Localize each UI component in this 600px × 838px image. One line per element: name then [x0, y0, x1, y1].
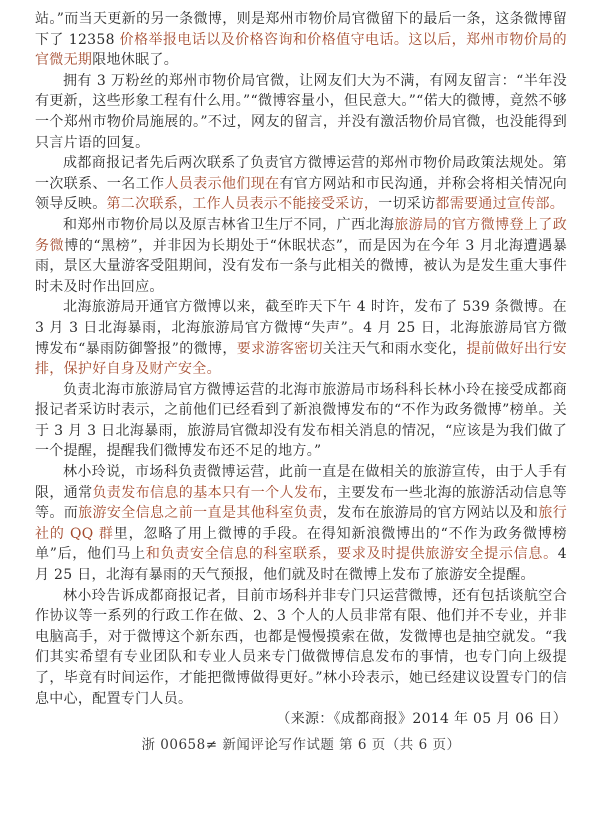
text-segment: 和郑州市物价局以及原吉林省卫生厅不同，广西北海 [63, 217, 394, 233]
source-attribution: （来源：《成都商报》2014 年 05 月 06 日） [35, 709, 567, 730]
page-footer: 浙 00658≠ 新闻评论写作试题 第 6 页（共 6 页） [35, 736, 567, 754]
document-paragraph: 负责北海市旅游局官方微博运营的北海市旅游局市场科科长林小玲在接受成都商报记者采访… [35, 380, 567, 462]
document-paragraph: 拥有 3 万粉丝的郑州市物价局官微，让网友们大为不满，有网友留言：“半年没有更新… [35, 71, 567, 153]
document-paragraph: 站。”而当天更新的另一条微博，则是郑州市物价局官微留下的最后一条，这条微博留下了… [35, 9, 567, 71]
text-segment: 关注天气和雨水变化， [323, 341, 467, 357]
highlighted-text-segment: 旅游安全信息之前一直是其他科室负责 [78, 505, 322, 521]
article-body: 站。”而当天更新的另一条微博，则是郑州市物价局官微留下的最后一条，这条微博留下了… [35, 9, 567, 709]
document-paragraph: 林小玲告诉成都商报记者，目前市场科并非专门只运营微博，还有包括谈航空合作协议等一… [35, 586, 567, 710]
text-segment: 一切采访 [378, 196, 435, 212]
text-segment: 博的“黑榜”，并非因为长期处于“休眠状态”，而是因为在今年 3 月北海遭遇暴雨，… [35, 238, 567, 295]
text-segment: 负责北海市旅游局官方微博运营的北海市旅游局市场科科长林小玲在接受成都商报记者采访… [35, 382, 567, 460]
highlighted-text-segment: 第二次联系，工作人员表示不能接受采访， [107, 196, 379, 212]
text-segment: 拥有 3 万粉丝的郑州市物价局官微，让网友们大为不满，有网友留言：“半年没有更新… [35, 73, 567, 151]
document-paragraph: 成都商报记者先后两次联系了负责官方微博运营的郑州市物价局政策法规处。第一次联系、… [35, 153, 567, 215]
text-segment: ，发布在旅游局的官方网站以及和 [323, 505, 539, 521]
highlighted-text-segment: 都需要通过宣传部。 [435, 196, 564, 212]
highlighted-text-segment: 人员表示他们现在 [164, 176, 279, 192]
text-segment: 林小玲告诉成都商报记者，目前市场科并非专门只运营微博，还有包括谈航空合作协议等一… [35, 588, 567, 707]
document-paragraph: 和郑州市物价局以及原吉林省卫生厅不同，广西北海旅游局的官方微博登上了政务微博的“… [35, 215, 567, 297]
document-page: 站。”而当天更新的另一条微博，则是郑州市物价局官微留下的最后一条，这条微博留下了… [0, 0, 600, 838]
text-segment: 限地休眠了。 [92, 52, 178, 68]
highlighted-text-segment: 负责发布信息的基本只有一个人发布 [93, 485, 323, 501]
highlighted-text-segment: 和负责安全信息的科室联系，要求及时提供旅游安全提示信息。 [146, 546, 558, 562]
document-paragraph: 林小玲说，市场科负责微博运营，此前一直是在做相关的旅游宣传，由于人手有限，通常负… [35, 462, 567, 586]
document-paragraph: 北海旅游局开通官方微博以来，截至昨天下午 4 时许，发布了 539 条微博。在 … [35, 297, 567, 379]
highlighted-text-segment: 要求游客密切 [237, 341, 323, 357]
